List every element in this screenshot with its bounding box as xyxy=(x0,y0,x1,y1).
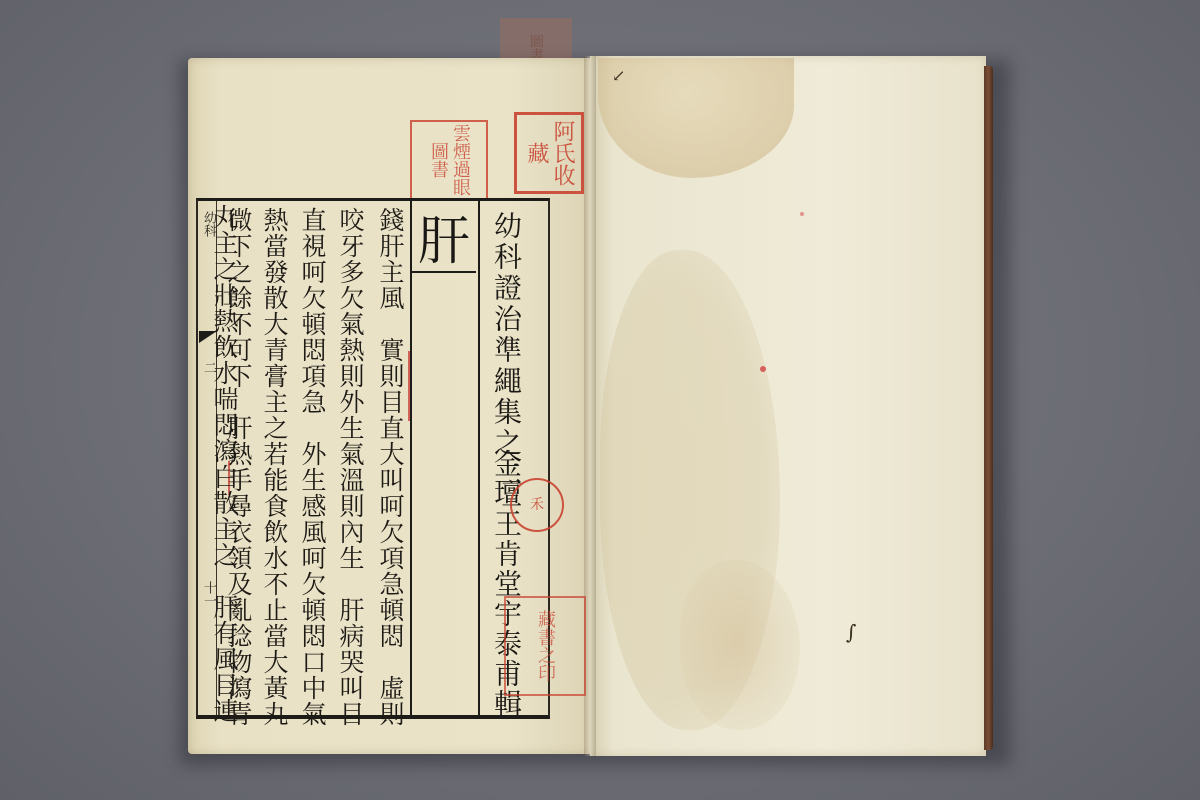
library-seal: 藏書之印 xyxy=(504,596,586,696)
text-column-4: 熱當發散大青膏主之若能食飲水不止當大黃丸 xyxy=(256,207,292,727)
collector-seal-square: 雲煙過眼圖書 xyxy=(410,120,488,200)
section-heading: 肝 xyxy=(412,201,476,273)
red-speck xyxy=(760,366,766,372)
ink-mark-top: ↙ xyxy=(612,66,625,85)
title-column-rule xyxy=(478,201,480,715)
printed-text-frame: 幼科 二 十一 錢肝主風 實則目直大叫呵欠項急頓悶 虛則 咬牙多欠氣熱則外生氣溫… xyxy=(196,198,550,719)
round-seal: 禾 xyxy=(510,478,564,532)
main-text-rule xyxy=(410,201,412,715)
book-cover-edge xyxy=(984,66,993,750)
text-column-2: 咬牙多欠氣熱則外生氣溫則內生 肝病哭叫目 xyxy=(332,207,368,727)
text-column-3: 直視呵欠頓悶項急 外生感風呵欠頓悶口中氣 xyxy=(294,207,330,727)
text-column-6: 丸主之壯熱飲水喘悶瀉白散主之 肝有風目連 xyxy=(206,204,242,724)
ink-mark-lower: ∫ xyxy=(846,620,856,644)
text-column-1: 錢肝主風 實則目直大叫呵欠項急頓悶 虛則 xyxy=(372,207,408,727)
collector-seal-framed: 阿氏收藏 xyxy=(514,112,584,194)
red-speck xyxy=(800,212,804,216)
